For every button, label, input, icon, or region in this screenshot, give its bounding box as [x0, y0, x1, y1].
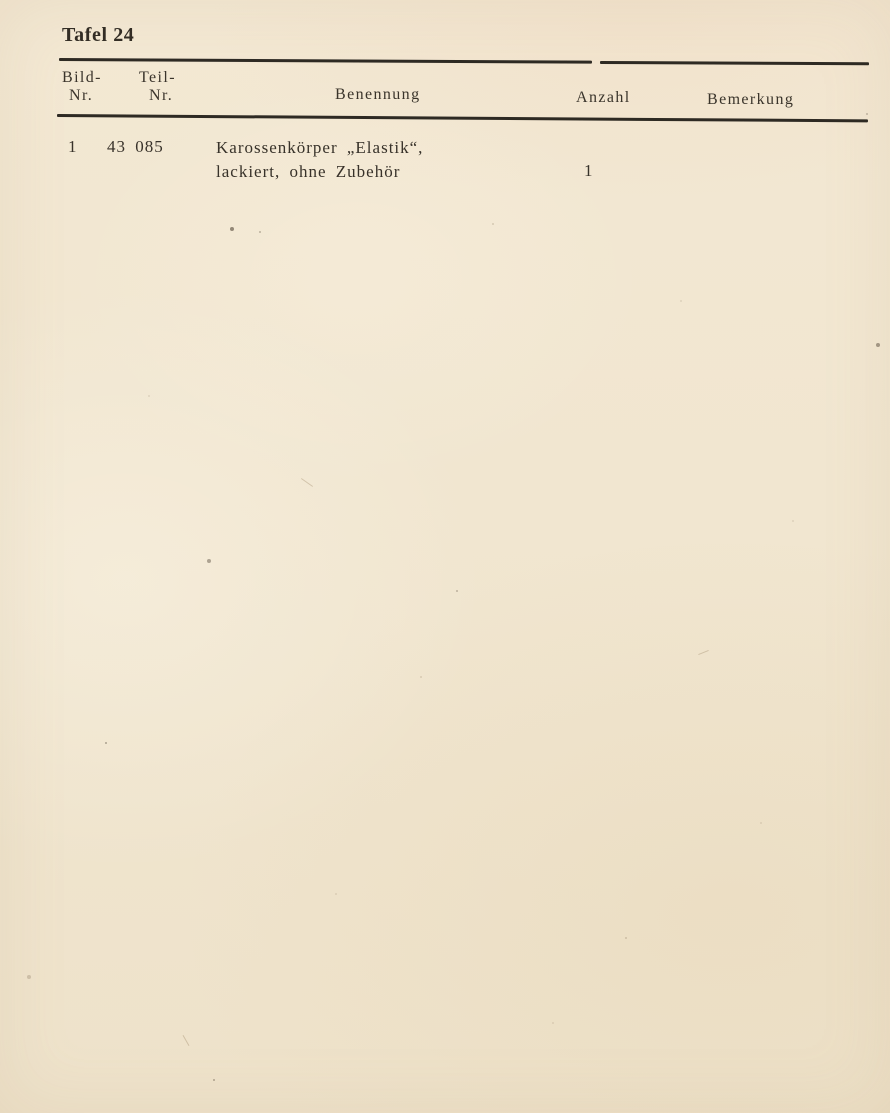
column-header-bild-nr: Bild- Nr.: [62, 69, 102, 105]
column-header-bemerkung: Bemerkung: [707, 91, 794, 109]
divider-header-bottom: [57, 114, 868, 122]
column-header-teil-nr: Teil- Nr.: [139, 69, 176, 105]
column-header-anzahl: Anzahl: [576, 89, 631, 107]
column-header-teil-line1: Teil-: [139, 69, 176, 86]
column-header-teil-line2: Nr.: [149, 87, 176, 105]
divider-top-right-segment: [600, 61, 869, 65]
row-benennung-line2: lackiert, ohne Zubehör: [216, 160, 423, 184]
paper-fiber: [301, 478, 313, 487]
paper-specks: [0, 0, 2, 2]
row-benennung-line1: Karossenkörper „Elastik“,: [216, 136, 423, 160]
row-bild-nr: 1: [68, 137, 78, 157]
column-header-bild-line1: Bild-: [62, 69, 102, 86]
divider-top-left-segment: [59, 58, 592, 64]
column-header-benennung: Benennung: [335, 86, 420, 104]
row-benennung: Karossenkörper „Elastik“, lackiert, ohne…: [216, 136, 423, 184]
row-teil-nr: 43 085: [107, 137, 164, 157]
paper-fiber: [698, 650, 709, 655]
column-header-bild-line2: Nr.: [69, 87, 102, 105]
row-anzahl: 1: [584, 161, 594, 181]
paper-fiber: [183, 1035, 190, 1046]
page-title: Tafel 24: [62, 24, 134, 47]
catalog-page: Tafel 24 Bild- Nr. Teil- Nr. Benennung A…: [0, 0, 890, 1113]
